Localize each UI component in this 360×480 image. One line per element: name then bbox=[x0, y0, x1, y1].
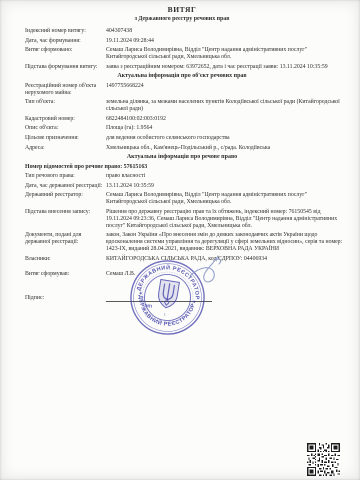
field-label: Опис об'єкта: bbox=[25, 125, 106, 132]
field-value: 13.11.2024 10:35:59 bbox=[106, 183, 344, 190]
field-value: право власності bbox=[106, 173, 344, 180]
document-title: ВИТЯГ bbox=[20, 5, 344, 14]
field-row: Витяг сформовано: Семаш Лариса Володимир… bbox=[25, 47, 344, 61]
field-row: Адреса: Хмельницька обл., Кам'янець-Поді… bbox=[25, 145, 344, 152]
field-row: Дата, час державної реєстрації: 13.11.20… bbox=[25, 183, 344, 190]
qr-code bbox=[307, 443, 340, 476]
field-value: 19.11.2024 09:28:44 bbox=[106, 38, 344, 45]
field-row: Дата, час формування: 19.11.2024 09:28:4… bbox=[25, 38, 344, 45]
field-value: Рішення про державну реєстрацію прав та … bbox=[106, 209, 344, 229]
field-row: Кадастровий номер: 6822484100:02:003:019… bbox=[25, 116, 344, 123]
field-value: Семаш Лариса Володимирівна, Відділ "Цент… bbox=[106, 47, 344, 61]
field-label: Підстава внесення запису: bbox=[25, 209, 106, 216]
field-label: Цільове призначення: bbox=[25, 135, 106, 142]
field-value: Хмельницька обл., Кам'янець-Подільський … bbox=[106, 145, 344, 152]
field-value: 6822484100:02:003:0192 bbox=[106, 116, 344, 123]
field-label: Кадастровий номер: bbox=[25, 116, 106, 123]
field-row: Цільове призначення: для ведення особист… bbox=[25, 135, 344, 142]
field-value: для ведення особистого селянського госпо… bbox=[106, 135, 344, 142]
section-header-right: Актуальна інформація про речове право bbox=[20, 154, 344, 160]
record-number-line: Номер відомостей про речове право: 57615… bbox=[25, 164, 344, 170]
field-label: Дата, час державної реєстрації: bbox=[25, 183, 106, 190]
field-row: Документи, подані для державної реєстрац… bbox=[25, 232, 344, 252]
signature-label: Підпис: bbox=[25, 295, 106, 302]
field-value: Площа (га): 1.9564 bbox=[106, 125, 344, 132]
trident-shield-emblem bbox=[157, 279, 180, 309]
field-label: Тип речового права: bbox=[25, 173, 106, 180]
field-row: Тип речового права: право власності bbox=[25, 173, 344, 180]
stamp-separator-dot bbox=[139, 292, 141, 294]
field-row: Реєстраційний номер об'єкта нерухомого м… bbox=[25, 83, 344, 97]
field-label: Власники: bbox=[25, 256, 106, 263]
field-row: Індексний номер витягу: 404307438 bbox=[25, 28, 344, 35]
formed-by-label: Витяг сформував: bbox=[25, 271, 106, 278]
handwritten-signature bbox=[178, 252, 224, 294]
stamp-number: 1 bbox=[164, 312, 167, 316]
field-label: Індексний номер витягу: bbox=[25, 28, 106, 35]
document-page: ВИТЯГ з Державного реєстру речових прав … bbox=[0, 0, 360, 480]
stamp-separator-dot bbox=[193, 301, 195, 303]
stamp-mp-label: МП bbox=[145, 303, 152, 309]
field-row: Тип об'єкта: земельна ділянка, за межами… bbox=[25, 99, 344, 113]
field-label: Адреса: bbox=[25, 145, 106, 152]
field-value: 404307438 bbox=[106, 28, 344, 35]
field-label: Реєстраційний номер об'єкта нерухомого м… bbox=[25, 83, 106, 97]
field-label: Тип об'єкта: bbox=[25, 99, 106, 106]
field-value: закон, Закон України «Про внесення змін … bbox=[106, 232, 344, 252]
field-label: Документи, подані для державної реєстрац… bbox=[25, 232, 106, 246]
field-row: Підстава формування витягу: заява з реєс… bbox=[25, 64, 344, 71]
section-header-object: Актуальна інформація про об'єкт речових … bbox=[20, 73, 344, 79]
field-row: Підстава внесення запису: Рішення про де… bbox=[25, 209, 344, 229]
field-value: Семаш Лариса Володимирівна, Відділ "Цент… bbox=[106, 192, 344, 206]
field-row: Державний реєстратор: Семаш Лариса Волод… bbox=[25, 192, 344, 206]
field-label: Дата, час формування: bbox=[25, 38, 106, 45]
field-row: Опис об'єкта: Площа (га): 1.9564 bbox=[25, 125, 344, 132]
field-label: Витяг сформовано: bbox=[25, 47, 106, 54]
field-value: земельна ділянка, за межами населених пу… bbox=[106, 99, 344, 113]
field-value: заява з реєстраційним номером: 63972652,… bbox=[106, 64, 344, 71]
field-label: Державний реєстратор: bbox=[25, 192, 106, 199]
field-label: Підстава формування витягу: bbox=[25, 64, 106, 71]
document-subtitle: з Державного реєстру речових прав bbox=[20, 16, 344, 22]
field-value: 1497755668224 bbox=[106, 83, 344, 90]
